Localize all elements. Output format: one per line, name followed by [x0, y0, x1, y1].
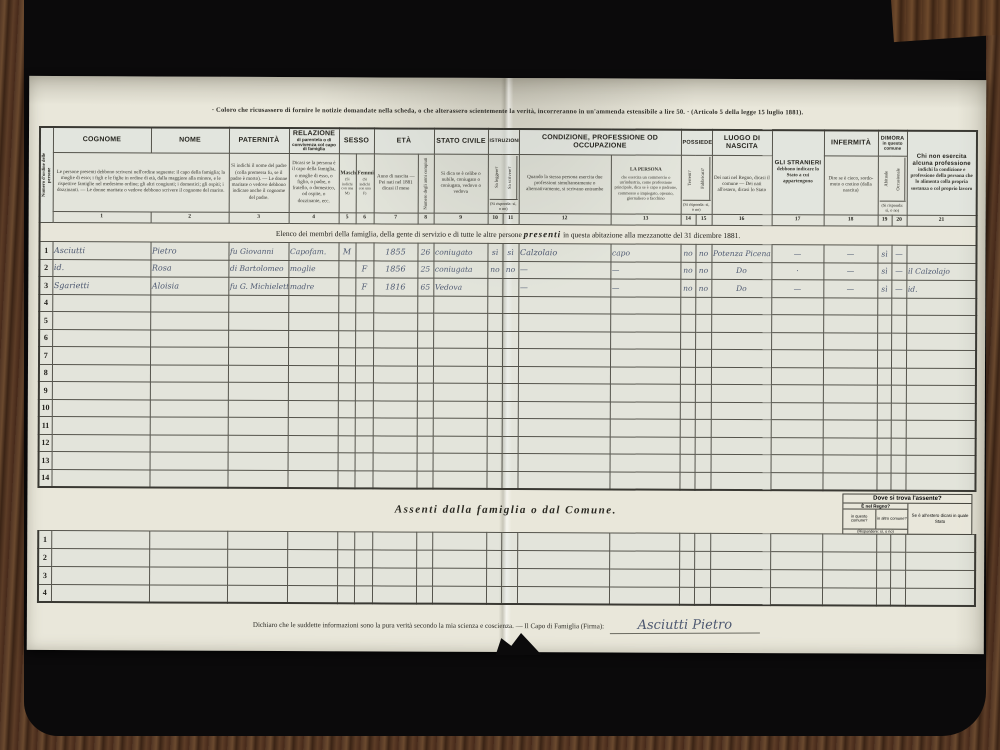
form-area: Numero d'ordine delle persone COGNOME NO…	[37, 126, 978, 635]
presenti-rows: 1 Asciutti Pietro fu Giovanni Capofam. M…	[38, 241, 976, 490]
col-istruzione: ISTRUZIONE	[488, 129, 519, 155]
note-condizione-12: Quando la stessa persona esercita due pr…	[519, 155, 611, 214]
assenti-table: 1 2 3 4	[37, 529, 976, 607]
sub-sesso-femmine: Femmine(Si indichi con una F)	[356, 154, 374, 213]
col-luogo-nascita: LUOGO DI NASCITA	[712, 130, 772, 156]
paper-tear	[496, 631, 542, 655]
note-paternita: Si indichi il nome del padre (colla prem…	[229, 153, 289, 212]
col-number-label: Numero d'ordine delle persone	[40, 127, 53, 223]
note-cognome-nome: Le persone presenti debbono scriversi ne…	[53, 153, 229, 213]
col-stato-civile: STATO CIVILE	[434, 129, 488, 155]
declaration-line: Dichiaro che le suddette informazioni so…	[37, 615, 976, 635]
col-sesso: SESSO	[339, 128, 374, 154]
assenti-band: Assenti dalla famiglia o dal Comune. Dov…	[37, 487, 974, 533]
note-luogo: Dei nati nel Regno, dicasi il comune — D…	[712, 155, 772, 214]
col-possiede: POSSIEDE	[681, 130, 712, 156]
legal-notice: · Coloro che ricusassero di fornire le n…	[29, 106, 986, 117]
assenti-rows: 1 2 3 4	[38, 530, 975, 606]
table-header: Numero d'ordine delle persone COGNOME NO…	[40, 127, 978, 246]
dove-si-trova-box: Dove si trova l'assente? È nel Regno? in…	[842, 493, 972, 535]
col-condizione: CONDIZIONE, PROFESSIONE OD OCCUPAZIONE	[519, 129, 681, 155]
sub-dimora: AbitualeOccasionale (Si risponda: sì, o …	[878, 156, 907, 215]
note-stato-civile: Si dica se è celibe o nubile, coniugato …	[434, 154, 488, 213]
note-condizione-13: LA PERSONAche esercita un commercio o un…	[611, 155, 681, 214]
note-relazione: Dicasi se la persona è il capo della fam…	[289, 154, 339, 213]
col-stranieri: GLI STRANIERIdebbono indicare lo Stato a…	[772, 130, 824, 215]
col-nome: NOME	[151, 127, 229, 153]
sub-sesso-maschi: Maschi(Si indichi con una M)	[339, 154, 356, 213]
note-infermita: Dire se è cieco, sordo-muto o cretino (d…	[824, 156, 878, 215]
col-cognome: COGNOME	[53, 127, 151, 153]
census-table: Numero d'ordine delle persone COGNOME NO…	[37, 126, 978, 492]
table-row: 4	[38, 584, 975, 606]
col-eta: ETÀ	[374, 128, 434, 154]
census-sheet: · Coloro che ricusassero di fornire le n…	[27, 76, 986, 654]
col-relazione: RELAZIONEdi parentela o di convivenza co…	[289, 128, 339, 154]
sub-eta-anni: Numero degli anni compiuti	[418, 154, 434, 213]
col-dimora: DIMORAin questo comune	[878, 131, 907, 157]
sub-possiede: Terreni?Fabbricati? (Si risponda: sì, o …	[681, 155, 712, 214]
sub-eta-anno: Anno di nascita — Pei nati nel 1881 dica…	[374, 154, 418, 213]
head-of-family-signature: Asciutti Pietro	[610, 617, 760, 634]
cell-cognome: Asciutti	[52, 242, 150, 260]
assenti-title: Assenti dalla famiglia o dal Comune.	[37, 501, 974, 517]
col-chi-non-esercita: Chi non esercita alcuna professioneindic…	[907, 131, 977, 216]
col-infermita: INFERMITÀ	[824, 130, 878, 156]
sub-istruzione: Sa leggere?Sa scrivere? (Si risponda: sì…	[488, 154, 519, 213]
wood-table-corner	[890, 0, 1000, 42]
col-paternita: PATERNITÀ	[229, 128, 289, 154]
